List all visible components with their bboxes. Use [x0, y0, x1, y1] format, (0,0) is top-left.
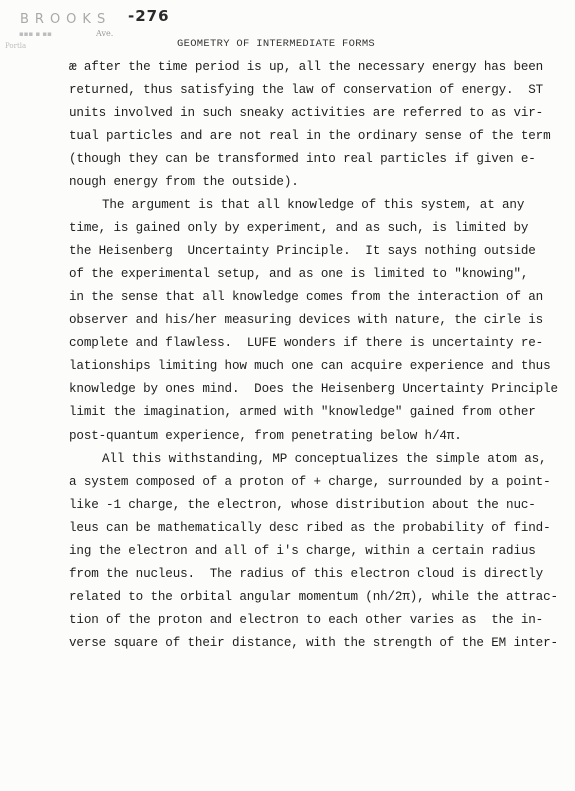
text-line: limit the imagination, armed with "knowl…: [69, 403, 529, 426]
text-line: in the sense that all knowledge comes fr…: [69, 288, 529, 311]
text-line: from the nucleus. The radius of this ele…: [69, 565, 529, 588]
text-line: lationships limiting how much one can ac…: [69, 357, 529, 380]
text-line: (though they can be transformed into rea…: [69, 150, 529, 173]
text-line: nough energy from the outside).: [69, 173, 529, 196]
text-line: like -1 charge, the electron, whose dist…: [69, 496, 529, 519]
text-line: of the experimental setup, and as one is…: [69, 265, 529, 288]
text-line: tual particles and are not real in the o…: [69, 127, 529, 150]
text-line: related to the orbital angular momentum …: [69, 588, 529, 611]
text-line: observer and his/her measuring devices w…: [69, 311, 529, 334]
text-line: verse square of their distance, with the…: [69, 634, 529, 657]
text-line: tion of the proton and electron to each …: [69, 611, 529, 634]
text-line: All this withstanding, MP conceptualizes…: [69, 450, 529, 473]
page-title: GEOMETRY OF INTERMEDIATE FORMS: [177, 38, 375, 50]
typed-document-page: BROOKS -276 ▪▪▪ ▪ ▪▪ Ave. Portla GEOMETR…: [0, 0, 575, 791]
text-line: units involved in such sneaky activities…: [69, 104, 529, 127]
stamp-name: BROOKS: [20, 12, 111, 27]
text-line: The argument is that all knowledge of th…: [69, 196, 529, 219]
text-line: returned, thus satisfying the law of con…: [69, 81, 529, 104]
handwritten-page-number: -276: [128, 7, 170, 25]
text-line: æ after the time period is up, all the n…: [69, 58, 529, 81]
text-line: leus can be mathematically desc ribed as…: [69, 519, 529, 542]
text-line: post-quantum experience, from penetratin…: [69, 427, 529, 450]
text-line: knowledge by ones mind. Does the Heisenb…: [69, 380, 529, 403]
text-line: the Heisenberg Uncertainty Principle. It…: [69, 242, 529, 265]
text-line: time, is gained only by experiment, and …: [69, 219, 529, 242]
document-body: æ after the time period is up, all the n…: [69, 58, 529, 657]
stamp-city-fragment: Portla: [5, 42, 26, 50]
stamp-address-fragment: Ave.: [96, 29, 113, 38]
text-line: ing the electron and all of i's charge, …: [69, 542, 529, 565]
text-line: complete and flawless. LUFE wonders if t…: [69, 334, 529, 357]
stamp-address-line: ▪▪▪ ▪ ▪▪: [19, 30, 52, 38]
text-line: a system composed of a proton of + charg…: [69, 473, 529, 496]
